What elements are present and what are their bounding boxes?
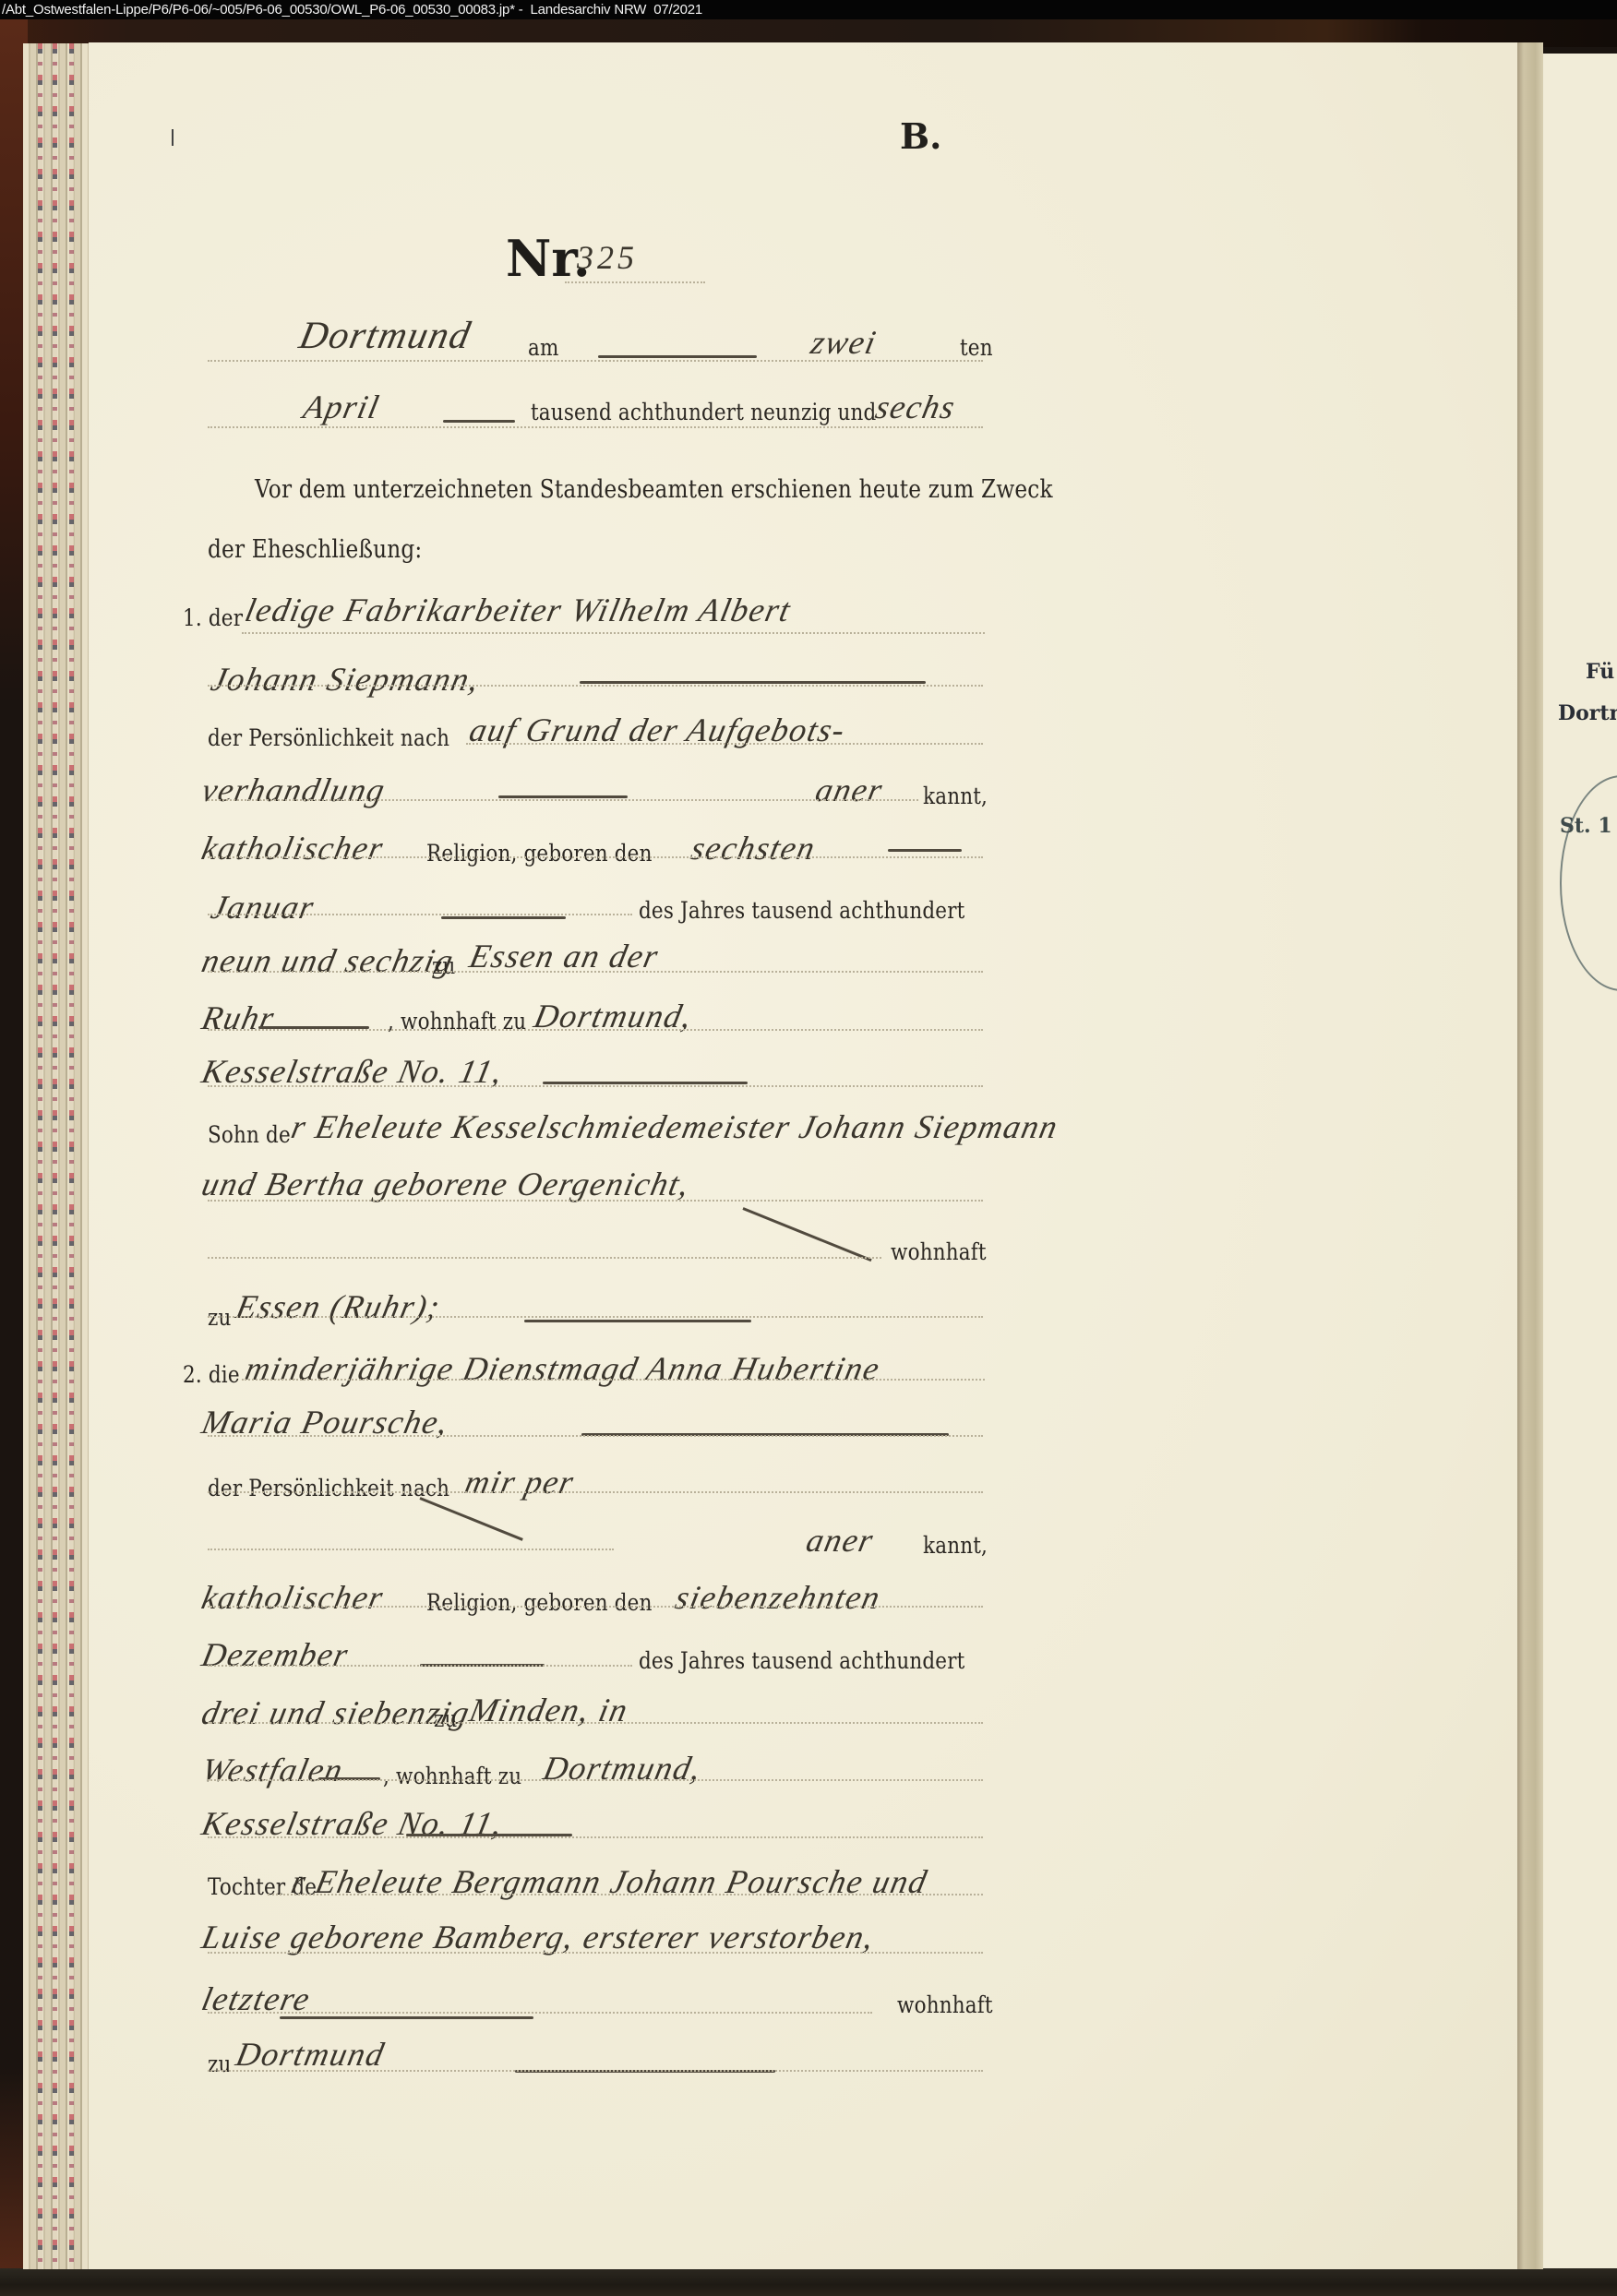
fill-dash <box>580 681 926 684</box>
fill-dash <box>280 2016 533 2019</box>
dotted-line <box>208 360 983 362</box>
dotted-line <box>208 1491 983 1493</box>
fill-dash <box>524 1320 751 1322</box>
party2-identity-suffix: kannt, <box>923 1532 988 1559</box>
dotted-line <box>208 1606 983 1608</box>
dotted-line <box>208 971 983 973</box>
party1-birthplace-hand-2: Ruhr <box>198 999 279 1037</box>
party2-prefix: 2. die <box>183 1361 240 1388</box>
party1-birthplace-hand-1: Essen an der <box>466 937 663 975</box>
party1-identity-suffix: kannt, <box>923 783 988 809</box>
fill-dash <box>888 849 962 852</box>
party2-birthday-hand: siebenzehnten <box>672 1578 884 1617</box>
place-handwritten: Dortmund <box>295 314 475 358</box>
party1-birthyear-hand: neun und sechzig <box>198 941 458 980</box>
marbled-edge <box>69 43 74 2269</box>
margin-mark <box>172 129 174 146</box>
dotted-line <box>208 1316 983 1318</box>
party1-parents-residence-label: wohnhaft <box>891 1238 987 1265</box>
dotted-line <box>268 1894 983 1895</box>
party2-residence-hand: Dortmund, <box>540 1749 705 1788</box>
party1-birthday-hand: sechsten <box>688 829 820 867</box>
party1-parents-hand-1: r Eheleute Kesselschmiedemeister Johann … <box>288 1107 1062 1146</box>
party2-parents-residence-prefix: zu <box>208 2051 232 2077</box>
party1-religion-hand: katholischer <box>198 829 388 867</box>
book-cover-bottom <box>0 2268 1617 2296</box>
party2-birthyear-hand: drei und siebenzig <box>198 1693 474 1732</box>
party1-birthyear-label: des Jahres tausend achthundert <box>639 897 964 924</box>
party1-birthplace-label: zu <box>432 952 456 979</box>
label-ten: ten <box>960 334 993 361</box>
dotted-line <box>208 1549 614 1550</box>
party2-parents-hand-2: Luise geborene Bamberg, ersterer verstor… <box>198 1918 879 1956</box>
dotted-line <box>208 1665 632 1667</box>
show-through-text <box>425 138 431 161</box>
party2-birthplace-label: zu <box>434 1705 458 1732</box>
page-stack-edges <box>23 43 92 2269</box>
party1-parents-hand-2: und Bertha geborene Oergenicht, <box>198 1165 694 1203</box>
dotted-line <box>208 1779 983 1781</box>
party2-line1: minderjährige Dienstmagd Anna Hubertine <box>242 1349 884 1388</box>
party1-parents-residence-hand: Essen (Ruhr); <box>233 1287 444 1326</box>
party1-line1: ledige Fabrikarbeiter Wilhelm Albert <box>242 591 795 629</box>
dotted-line <box>208 914 632 915</box>
fill-dash <box>598 355 757 358</box>
party2-residence-label: , wohnhaft zu <box>383 1763 521 1789</box>
dotted-line <box>242 632 985 634</box>
party2-birthyear-label: des Jahres tausend achthundert <box>639 1647 964 1674</box>
fill-dash <box>543 1082 748 1084</box>
window-title-bar: /Abt_Ostwestfalen-Lippe/P6/P6-06/~005/P6… <box>0 0 1617 19</box>
book-gutter <box>1517 42 1543 2269</box>
party2-parents-residence-hand: Dortmund <box>233 2035 389 2074</box>
fill-dash <box>443 420 515 423</box>
party2-identity-hand-3: aner <box>803 1521 878 1560</box>
dotted-line <box>208 685 983 687</box>
label-year-printed: tausend achthundert neunzig und <box>531 399 876 425</box>
month-handwritten: April <box>300 388 383 426</box>
record-number-value: 325 <box>577 238 638 277</box>
party1-religion-label: Religion, geboren den <box>426 840 653 867</box>
dotted-line <box>208 2070 983 2072</box>
year-handwritten: sechs <box>872 388 959 426</box>
party1-line2: Johann Siepmann, <box>208 660 484 699</box>
party1-birthmonth-hand: Januar <box>208 888 318 927</box>
party2-identity-hand-1: mir per <box>461 1463 578 1501</box>
party1-identity-hand-2: verhandlung <box>198 771 389 809</box>
dotted-line <box>208 1836 983 1838</box>
dotted-line <box>208 1257 881 1259</box>
stamp-text-line3: St. 1 <box>1560 814 1612 838</box>
fill-dash <box>498 795 628 798</box>
dotted-line <box>208 1200 983 1202</box>
stamp-text-line1: Fü <box>1586 660 1614 684</box>
party2-identity-label: der Persönlichkeit nach <box>208 1475 449 1501</box>
marbled-edge <box>38 43 42 2269</box>
party2-birthplace-hand-2: Westfalen <box>198 1751 347 1789</box>
party1-prefix: 1. der <box>183 604 243 631</box>
party2-birthmonth-hand: Dezember <box>198 1635 353 1674</box>
dotted-line <box>208 1029 983 1031</box>
dotted-line <box>208 1722 983 1724</box>
adjacent-page <box>1543 54 1617 2268</box>
day-handwritten: zwei <box>808 323 880 362</box>
party2-religion-hand: katholischer <box>198 1578 388 1617</box>
dotted-line <box>208 1952 983 1954</box>
fill-dash <box>441 916 566 919</box>
intro-line-2: der Eheschließung: <box>208 535 422 564</box>
label-am: am <box>528 334 559 361</box>
dotted-line <box>208 1085 983 1087</box>
dotted-line <box>242 1379 985 1381</box>
stamp-text-line2: Dortm <box>1558 701 1617 725</box>
intro-line-1: Vor dem unterzeichneten Standesbeamten e… <box>255 475 1053 504</box>
dotted-line <box>208 426 983 428</box>
party1-parents-label: Sohn de <box>208 1121 291 1148</box>
party1-identity-hand-3: aner <box>812 771 887 809</box>
dotted-line <box>565 281 705 283</box>
section-marker: B. <box>900 115 941 157</box>
marbled-edge <box>53 43 57 2269</box>
party1-identity-label: der Persönlichkeit nach <box>208 724 449 751</box>
party2-religion-label: Religion, geboren den <box>426 1589 653 1616</box>
dotted-line <box>466 743 983 745</box>
dotted-line <box>208 1435 983 1437</box>
dotted-line <box>208 2012 872 2014</box>
dotted-line <box>208 856 983 858</box>
party2-parents-residence-label: wohnhaft <box>897 1991 993 2018</box>
dotted-line <box>208 799 918 801</box>
